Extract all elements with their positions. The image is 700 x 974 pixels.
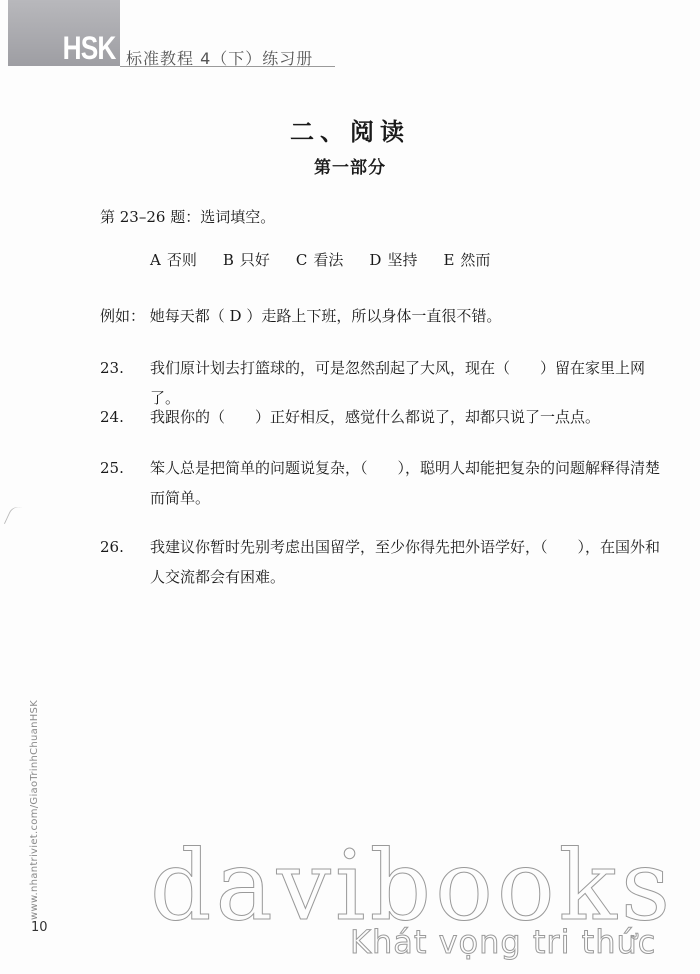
side-url: www.nhantriviet.com/GiaoTrinhChuanHSK	[29, 700, 40, 920]
hsk-logo: HSK	[63, 32, 116, 64]
header-divider	[120, 66, 335, 67]
watermark-slogan: Khát vọng tri thức	[350, 926, 656, 958]
option-d: D坚持	[369, 249, 417, 270]
section-title: 二、阅读	[0, 112, 700, 147]
option-b: B只好	[223, 249, 270, 270]
part-title: 第一部分	[0, 153, 700, 178]
hsk-logo-block: HSK	[8, 0, 120, 66]
option-a: A否则	[150, 249, 197, 270]
page-number: 10	[31, 920, 48, 935]
word-options: A否则 B只好 C看法 D坚持 E然而	[150, 249, 516, 270]
margin-mark	[4, 504, 23, 529]
option-c: C看法	[296, 249, 344, 270]
instructions: 第 23–26 题：选词填空。	[100, 206, 275, 227]
watermark-brand: davibooks	[150, 838, 674, 934]
example-sentence: 例如： 她每天都（ D ）走路上下班，所以身体一直很不错。	[100, 305, 501, 326]
option-e: E然而	[443, 249, 490, 270]
